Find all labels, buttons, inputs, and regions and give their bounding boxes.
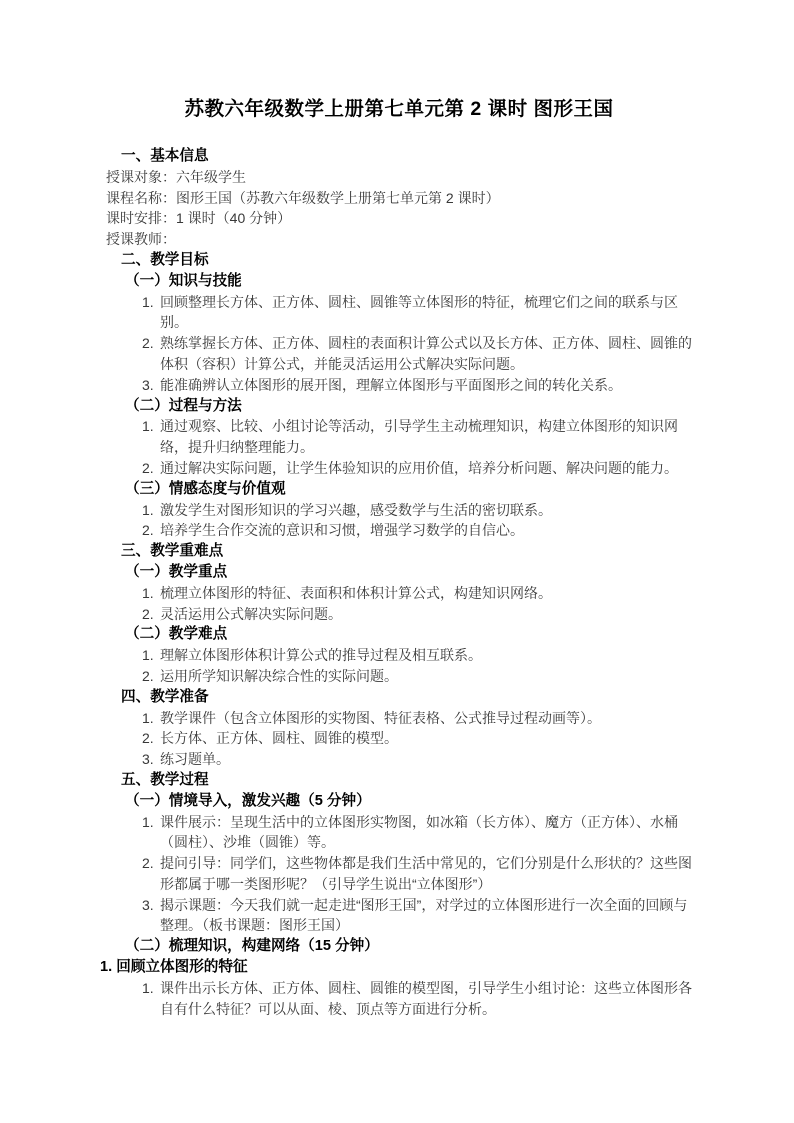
list-number: 2. [142, 520, 160, 541]
list-item: 1. 教学课件（包含立体图形的实物图、特征表格、公式推导过程动画等）。 [99, 708, 699, 729]
subsection-heading: （二）教学难点 [125, 624, 699, 645]
list-item: 2. 运用所学知识解决综合性的实际问题。 [99, 666, 699, 687]
paragraph: 课程名称：图形王国（苏教六年级数学上册第七单元第 2 课时） [106, 188, 699, 209]
list-text: 熟练掌握长方体、正方体、圆柱的表面积计算公式以及长方体、正方体、圆柱、圆锥的体积… [160, 333, 699, 375]
list-item: 1. 课件展示：呈现生活中的立体图形实物图，如冰箱（长方体）、魔方（正方体）、水… [99, 812, 699, 854]
list-text: 运用所学知识解决综合性的实际问题。 [160, 666, 699, 687]
list-number: 1. [142, 583, 160, 604]
list-item: 2. 长方体、正方体、圆柱、圆锥的模型。 [99, 728, 699, 749]
list-text: 激发学生对图形知识的学习兴趣，感受数学与生活的密切联系。 [160, 500, 699, 521]
document-page: 苏教六年级数学上册第七单元第 2 课时 图形王国 一、基本信息 授课对象：六年级… [0, 0, 794, 1123]
list-text: 练习题单。 [160, 749, 699, 770]
list-item: 1. 通过观察、比较、小组讨论等活动，引导学生主动梳理知识，构建立体图形的知识网… [99, 416, 699, 458]
list-item: 2. 培养学生合作交流的意识和习惯，增强学习数学的自信心。 [99, 520, 699, 541]
list-number: 1. [142, 500, 160, 521]
list-text: 能准确辨认立体图形的展开图，理解立体图形与平面图形之间的转化关系。 [160, 375, 699, 396]
numbered-heading: 1. 回顾立体图形的特征 [100, 957, 699, 978]
list-item: 1. 回顾整理长方体、正方体、圆柱、圆锥等立体图形的特征，梳理它们之间的联系与区… [99, 292, 699, 334]
list-number: 1. [142, 812, 160, 854]
subsection-heading: （三）情感态度与价值观 [125, 479, 699, 500]
list-text: 通过观察、比较、小组讨论等活动，引导学生主动梳理知识，构建立体图形的知识网络，提… [160, 416, 699, 458]
subsection-heading: （一）知识与技能 [125, 271, 699, 292]
section-heading: 五、教学过程 [121, 770, 699, 791]
subsection-heading: （二）梳理知识，构建网络（15 分钟） [125, 936, 699, 957]
paragraph: 课时安排：1 课时（40 分钟） [106, 208, 699, 229]
list-text: 提问引导：同学们，这些物体都是我们生活中常见的，它们分别是什么形状的？这些图形都… [160, 853, 699, 895]
list-text: 梳理立体图形的特征、表面积和体积计算公式，构建知识网络。 [160, 583, 699, 604]
list-item: 1. 理解立体图形体积计算公式的推导过程及相互联系。 [99, 645, 699, 666]
list-number: 1. [142, 292, 160, 334]
list-text: 揭示课题：今天我们就一起走进“图形王国”，对学过的立体图形进行一次全面的回顾与整… [160, 895, 699, 937]
list-text: 灵活运用公式解决实际问题。 [160, 604, 699, 625]
list-item: 3. 练习题单。 [99, 749, 699, 770]
list-text: 回顾整理长方体、正方体、圆柱、圆锥等立体图形的特征，梳理它们之间的联系与区别。 [160, 292, 699, 334]
section-heading: 四、教学准备 [121, 687, 699, 708]
list-item: 2. 熟练掌握长方体、正方体、圆柱的表面积计算公式以及长方体、正方体、圆柱、圆锥… [99, 333, 699, 375]
list-text: 理解立体图形体积计算公式的推导过程及相互联系。 [160, 645, 699, 666]
list-text: 教学课件（包含立体图形的实物图、特征表格、公式推导过程动画等）。 [160, 708, 699, 729]
list-text: 通过解决实际问题，让学生体验知识的应用价值，培养分析问题、解决问题的能力。 [160, 458, 699, 479]
list-number: 2. [142, 333, 160, 375]
subsection-heading: （二）过程与方法 [125, 396, 699, 417]
list-number: 2. [142, 604, 160, 625]
list-item: 1. 梳理立体图形的特征、表面积和体积计算公式，构建知识网络。 [99, 583, 699, 604]
section-heading: 二、教学目标 [121, 250, 699, 271]
list-number: 2. [142, 666, 160, 687]
list-text: 课件展示：呈现生活中的立体图形实物图，如冰箱（长方体）、魔方（正方体）、水桶（圆… [160, 812, 699, 854]
list-item: 1. 激发学生对图形知识的学习兴趣，感受数学与生活的密切联系。 [99, 500, 699, 521]
list-number: 2. [142, 458, 160, 479]
list-text: 培养学生合作交流的意识和习惯，增强学习数学的自信心。 [160, 520, 699, 541]
list-number: 2. [142, 853, 160, 895]
section-heading: 一、基本信息 [121, 146, 699, 167]
list-number: 3. [142, 749, 160, 770]
paragraph: 授课教师： [106, 229, 699, 250]
list-number: 3. [142, 375, 160, 396]
list-number: 1. [142, 645, 160, 666]
list-item: 3. 能准确辨认立体图形的展开图，理解立体图形与平面图形之间的转化关系。 [99, 375, 699, 396]
list-text: 长方体、正方体、圆柱、圆锥的模型。 [160, 728, 699, 749]
list-number: 1. [142, 708, 160, 729]
list-number: 1. [142, 978, 160, 1020]
list-item: 3. 揭示课题：今天我们就一起走进“图形王国”，对学过的立体图形进行一次全面的回… [99, 895, 699, 937]
subsection-heading: （一）情境导入，激发兴趣（5 分钟） [125, 791, 699, 812]
list-number: 3. [142, 895, 160, 937]
list-item: 2. 提问引导：同学们，这些物体都是我们生活中常见的，它们分别是什么形状的？这些… [99, 853, 699, 895]
list-number: 2. [142, 728, 160, 749]
section-heading: 三、教学重难点 [121, 541, 699, 562]
list-number: 1. [142, 416, 160, 458]
paragraph: 授课对象：六年级学生 [106, 167, 699, 188]
list-item: 1. 课件出示长方体、正方体、圆柱、圆锥的模型图，引导学生小组讨论：这些立体图形… [99, 978, 699, 1020]
list-item: 2. 通过解决实际问题，让学生体验知识的应用价值，培养分析问题、解决问题的能力。 [99, 458, 699, 479]
subsection-heading: （一）教学重点 [125, 562, 699, 583]
list-text: 课件出示长方体、正方体、圆柱、圆锥的模型图，引导学生小组讨论：这些立体图形各自有… [160, 978, 699, 1020]
doc-title: 苏教六年级数学上册第七单元第 2 课时 图形王国 [99, 97, 699, 121]
list-item: 2. 灵活运用公式解决实际问题。 [99, 604, 699, 625]
